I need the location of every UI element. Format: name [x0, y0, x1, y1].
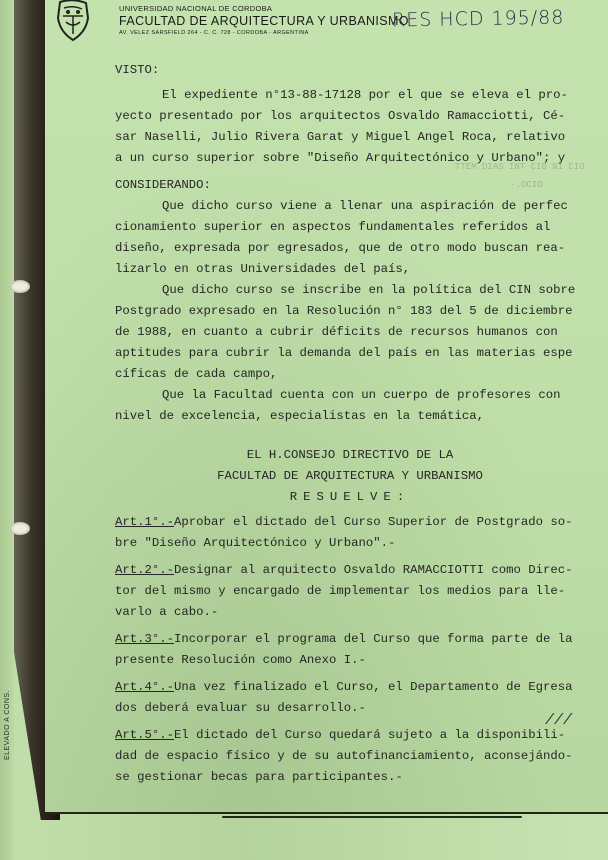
text-line: Art.2°.-Designar al arquitecto Osvaldo R… — [115, 560, 585, 581]
text-line: varlo a cabo.- — [115, 602, 585, 623]
text-line: se gestionar becas para participantes.- — [115, 767, 585, 788]
text-line: lizarlo en otras Universidades del país, — [115, 259, 585, 280]
text-line: dos deberá evaluar su desarrollo.- — [115, 698, 585, 719]
article-label: Art.2°.- — [115, 563, 174, 577]
faculty-address: AV. VELEZ SARSFIELD 264 - C. C. 728 - CO… — [119, 30, 409, 36]
punch-hole — [10, 280, 30, 293]
considerando-paragraph-3: Que la Facultad cuenta con un cuerpo de … — [115, 385, 585, 427]
article-5: Art.5°.-El dictado del Curso quedará suj… — [115, 725, 585, 788]
article-2: Art.2°.-Designar al arquitecto Osvaldo R… — [115, 560, 585, 623]
text-line: Que la Facultad cuenta con un cuerpo de … — [115, 385, 585, 406]
faculty-line: FACULTAD DE ARQUITECTURA Y URBANISMO — [115, 466, 585, 487]
handwritten-annotation: RES HCD 195/88 — [392, 6, 565, 31]
text-line: aptitudes para cubrir la demanda del paí… — [115, 343, 585, 364]
text-line: nivel de excelencia, especialistas en la… — [115, 406, 585, 427]
text-line: Art.3°.-Incorporar el programa del Curso… — [115, 629, 585, 650]
articles-list: Art.1°.-Aprobar el dictado del Curso Sup… — [115, 512, 585, 788]
article-label: Art.4°.- — [115, 680, 174, 694]
text-line: Postgrado expresado en la Resolución n° … — [115, 301, 585, 322]
text-line: Que dicho curso se inscribe en la políti… — [115, 280, 585, 301]
university-crest-icon — [52, 0, 94, 42]
text-line: Art.4°.-Una vez finalizado el Curso, el … — [115, 677, 585, 698]
text-line: dad de espacio físico y de su autofinanc… — [115, 746, 585, 767]
article-4: Art.4°.-Una vez finalizado el Curso, el … — [115, 677, 585, 719]
letterhead: UNIVERSIDAD NACIONAL DE CORDOBA FACULTAD… — [119, 4, 409, 36]
resolution-body: VISTO: El expediente n°13-88-17128 por e… — [115, 60, 585, 794]
text-line: Art.5°.-El dictado del Curso quedará suj… — [115, 725, 585, 746]
considerando-heading: CONSIDERANDO: — [115, 175, 585, 196]
text-line: a un curso superior sobre "Diseño Arquit… — [115, 148, 585, 169]
text-line: tor del mismo y encargado de implementar… — [115, 581, 585, 602]
considerando-paragraph-2: Que dicho curso se inscribe en la políti… — [115, 280, 585, 385]
article-1: Art.1°.-Aprobar el dictado del Curso Sup… — [115, 512, 585, 554]
council-line: EL H.CONSEJO DIRECTIVO DE LA — [115, 445, 585, 466]
considerando-paragraph-1: Que dicho curso viene a llenar una aspir… — [115, 196, 585, 280]
side-stamp: ELEVADO A CONS. — [4, 650, 18, 760]
text-line: bre "Diseño Arquitectónico y Urbano".- — [115, 533, 585, 554]
text-line: El expediente n°13-88-17128 por el que s… — [115, 85, 585, 106]
text-line: sar Naselli, Julio Rivera Garat y Miguel… — [115, 127, 585, 148]
visto-paragraph: El expediente n°13-88-17128 por el que s… — [115, 85, 585, 169]
resuelve-heading: RESUELVE: — [115, 487, 585, 508]
visto-heading: VISTO: — [115, 60, 585, 81]
university-name: UNIVERSIDAD NACIONAL DE CORDOBA — [119, 4, 409, 13]
text-line: Que dicho curso viene a llenar una aspir… — [115, 196, 585, 217]
text-line: presente Resolución como Anexo I.- — [115, 650, 585, 671]
article-label: Art.5°.- — [115, 728, 174, 742]
text-line: cionamiento superior en aspectos fundame… — [115, 217, 585, 238]
text-line: yecto presentado por los arquitectos Osv… — [115, 106, 585, 127]
text-line: Art.1°.-Aprobar el dictado del Curso Sup… — [115, 512, 585, 533]
text-line: cíficas de cada campo, — [115, 364, 585, 385]
article-3: Art.3°.-Incorporar el programa del Curso… — [115, 629, 585, 671]
text-line: diseño, expresada por egresados, que de … — [115, 238, 585, 259]
text-line: de 1988, en cuanto a cubrir déficits de … — [115, 322, 585, 343]
faculty-name: FACULTAD DE ARQUITECTURA Y URBANISMO — [119, 14, 409, 28]
underlying-page-edge-line — [222, 816, 522, 818]
punch-hole — [10, 522, 30, 535]
continuation-mark: /// — [545, 712, 572, 729]
article-label: Art.3°.- — [115, 632, 174, 646]
article-label: Art.1°.- — [115, 515, 174, 529]
